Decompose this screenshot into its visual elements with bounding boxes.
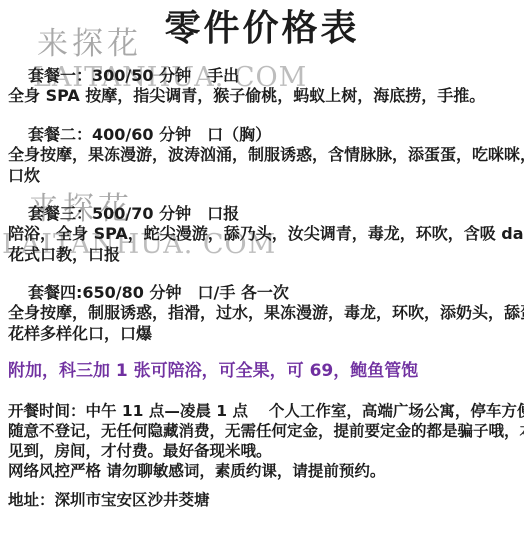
info-line-2: 随意不登记，无任何隐藏消费，无需任何定金，提前要定金的都是骗子哦，本人: [8, 421, 524, 441]
package-3-heading: 套餐三：500/70 分钟 口报: [28, 201, 239, 224]
package-3-line-2: 花式口教，口报: [8, 244, 524, 265]
package-4-body: 全身按摩，制服诱惑，指滑，过水，果冻漫游，毒龙，环吹，添奶头，舔蛋蛋， 花样多样…: [8, 302, 524, 344]
package-2-line-2: 口炊: [8, 165, 524, 186]
package-2-line-1: 全身按摩，果冻漫游，波涛汹涌，制服诱惑，含情脉脉，添蛋蛋，吃咪咪，: [8, 144, 524, 165]
info-line-3: 见到，房间，才付费。最好备现米哦。: [8, 441, 524, 461]
addon-note: 附加，科三加 1 张可陪浴，可全果，可 69，鲍鱼管饱: [8, 356, 418, 381]
info-line-4: 网络风控严格 请勿聊敏感词，素质约课，请提前预约。: [8, 461, 524, 481]
price-list-document: 零件价格表 来探花 LAITANHUA. COM 来探花 LAITANHUA. …: [0, 0, 524, 551]
info-line-1: 开餐时间：中午 11 点—凌晨 1 点 个人工作室，高端广场公寓，停车方便，进出: [8, 401, 524, 421]
package-4-line-1: 全身按摩，制服诱惑，指滑，过水，果冻漫游，毒龙，环吹，添奶头，舔蛋蛋，: [8, 302, 524, 323]
package-3-body: 陪浴，全身 SPA，蛇尖漫游，舔乃头，汝尖调青，毒龙，环吹，含吸 dan 蛋， …: [8, 223, 524, 265]
package-2-heading: 套餐二：400/60 分钟 口（胸）: [28, 122, 271, 145]
package-2-body: 全身按摩，果冻漫游，波涛汹涌，制服诱惑，含情脉脉，添蛋蛋，吃咪咪， 口炊: [8, 144, 524, 186]
package-1-body: 全身 SPA 按摩，指尖调青，猴子偷桃，蚂蚁上树，海底捞，手推。: [8, 85, 485, 106]
package-1-line-1: 全身 SPA 按摩，指尖调青，猴子偷桃，蚂蚁上树，海底捞，手推。: [8, 85, 485, 106]
package-4-line-2: 花样多样化口，口爆: [8, 323, 524, 344]
address-line: 地址：深圳市宝安区沙井茭塘: [8, 488, 210, 510]
package-4-heading: 套餐四:650/80 分钟 口/手 各一次: [28, 280, 289, 303]
package-3-line-1: 陪浴，全身 SPA，蛇尖漫游，舔乃头，汝尖调青，毒龙，环吹，含吸 dan 蛋，: [8, 223, 524, 244]
package-1-heading: 套餐一：300/50 分钟 手出: [28, 63, 239, 86]
info-paragraph: 开餐时间：中午 11 点—凌晨 1 点 个人工作室，高端广场公寓，停车方便，进出…: [8, 401, 524, 481]
page-title: 零件价格表: [0, 0, 524, 51]
